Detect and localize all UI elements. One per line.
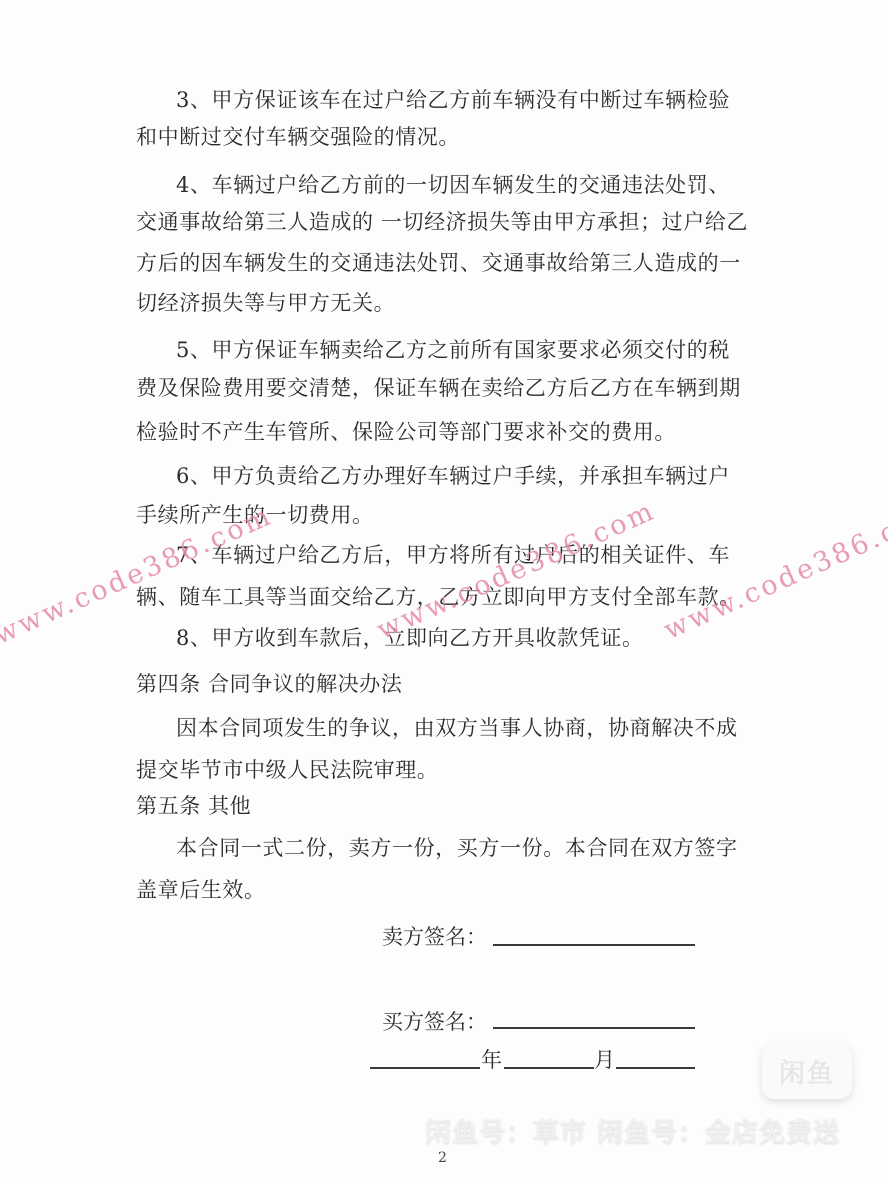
seller-signature-label: 卖方签名： — [382, 923, 487, 951]
article-5-line-1: 本合同一式二份，卖方一份，买方一份。本合同在双方签字 — [176, 834, 738, 862]
watermark-right: www.code386.com — [659, 495, 888, 646]
article-4-line-1: 因本合同项发生的争议，由双方当事人协商，协商解决不成 — [176, 714, 738, 742]
clause-4-line-1: 4、车辆过户给乙方前的一切因车辆发生的交通违法处罚、 — [176, 171, 730, 199]
clause-3-line-1: 3、甲方保证该车在过户给乙方前车辆没有中断过车辆检验 — [176, 86, 730, 114]
buyer-signature-label: 买方签名： — [382, 1008, 487, 1036]
xianyu-logo-icon: 闲鱼 — [762, 1043, 852, 1099]
clause-5-line-3: 检验时不产生车管所、保险公司等部门要求补交的费用。 — [136, 418, 676, 446]
year-label: 年 — [481, 1046, 502, 1074]
article-5-heading: 第五条 其他 — [136, 792, 251, 820]
clause-4-line-4: 切经济损失等与甲方无关。 — [136, 289, 395, 317]
clause-7-line-1: 7、车辆过户给乙方后，甲方将所有过户后的相关证件、车 — [176, 541, 730, 569]
month-label: 月 — [594, 1046, 615, 1074]
clause-5-line-2: 费及保险费用要交清楚，保证车辆在卖给乙方后乙方在车辆到期 — [136, 374, 741, 402]
buyer-signature-line — [493, 1027, 695, 1029]
article-4-line-2: 提交毕节市中级人民法院审理。 — [136, 756, 438, 784]
clause-5-line-1: 5、甲方保证车辆卖给乙方之前所有国家要求必须交付的税 — [176, 336, 730, 364]
month-blank-line — [504, 1067, 594, 1069]
contract-page: 3、甲方保证该车在过户给乙方前车辆没有中断过车辆检验 和中断过交付车辆交强险的情… — [0, 0, 888, 1184]
clause-4-line-2: 交通事故给第三人造成的 一切经济损失等由甲方承担；过户给乙 — [136, 208, 748, 236]
seller-signature-line — [493, 944, 695, 946]
xianyu-footer-watermark: 闲鱼号：草市 闲鱼号：金店免费送 — [425, 1112, 840, 1149]
clause-4-line-3: 方后的因车辆发生的交通违法处罚、交通事故给第三人造成的一 — [136, 249, 741, 277]
year-blank-line — [370, 1067, 480, 1069]
clause-3-line-2: 和中断过交付车辆交强险的情况。 — [136, 123, 460, 151]
article-4-heading: 第四条 合同争议的解决办法 — [136, 670, 402, 698]
article-5-line-2: 盖章后生效。 — [136, 876, 266, 904]
clause-6-line-1: 6、甲方负责给乙方办理好车辆过户手续，并承担车辆过户 — [176, 462, 730, 490]
page-number: 2 — [438, 1150, 447, 1166]
day-blank-line — [616, 1067, 695, 1069]
